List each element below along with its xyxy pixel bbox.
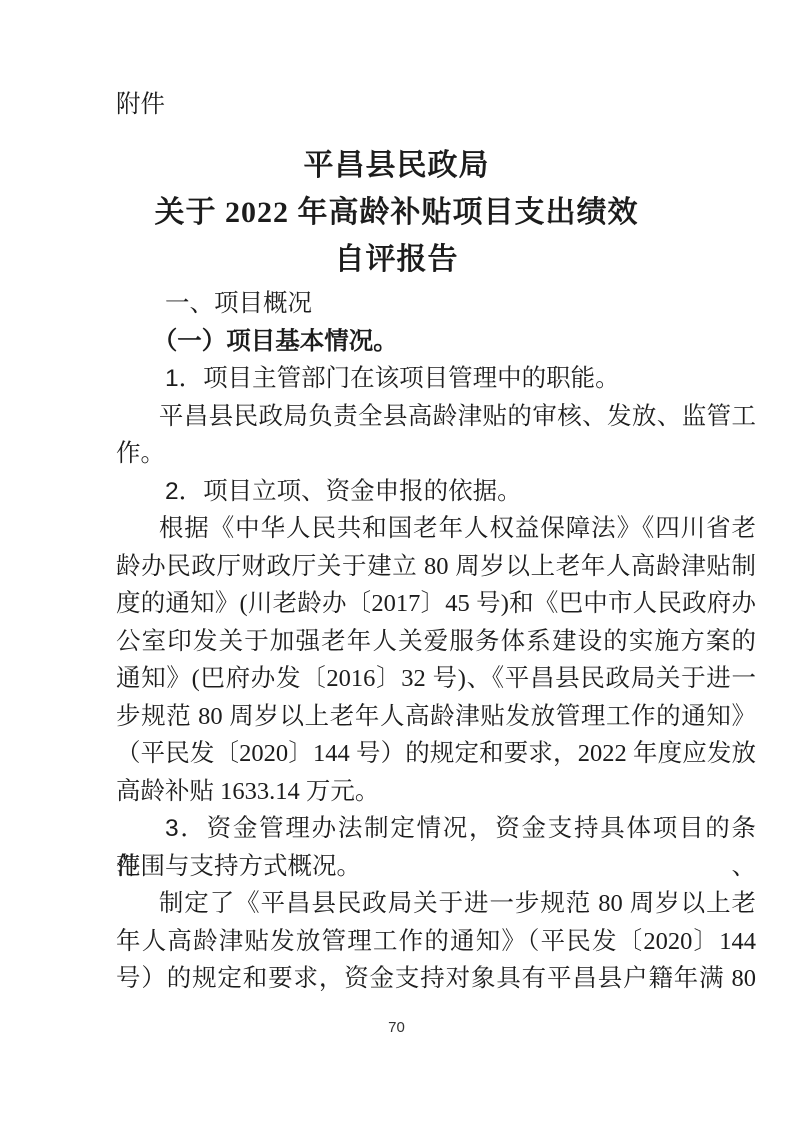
para-basis-line-5: 通知》(巴府办发〔2016〕32 号)、《平昌县民政局关于进一 — [116, 660, 756, 698]
para-basis-line-4: 公室印发关于加强老年人关爱服务体系建设的实施方案的 — [116, 623, 756, 661]
para-basis-line-2: 龄办民政厅财政厅关于建立 80 周岁以上老年人高龄津贴制 — [116, 548, 756, 586]
para-measures-line-2: 年人高龄津贴发放管理工作的通知》（平民发〔2020〕144 — [116, 923, 756, 961]
heading-section-1: 一、项目概况 — [116, 285, 756, 323]
page-number: 70 — [0, 1018, 793, 1038]
heading-item-3-line-1: 3．资金管理办法制定情况，资金支持具体项目的条件、 — [116, 810, 756, 848]
para-duties-line-2: 作。 — [116, 435, 756, 473]
title-line-2: 关于 2022 年高龄补贴项目支出绩效 — [0, 189, 793, 236]
heading-subsection-1-1: （一）项目基本情况。 — [116, 323, 756, 361]
para-basis-line-3: 度的通知》(川老龄办〔2017〕45 号)和《巴中市人民政府办 — [116, 585, 756, 623]
para-basis-line-8: 高龄补贴 1633.14 万元。 — [116, 773, 756, 811]
para-measures-line-3: 号）的规定和要求，资金支持对象具有平昌县户籍年满 80 — [116, 960, 756, 998]
para-duties-line-1: 平昌县民政局负责全县高龄津贴的审核、发放、监管工 — [116, 398, 756, 436]
document-page: 附件 平昌县民政局 关于 2022 年高龄补贴项目支出绩效 自评报告 一、项目概… — [0, 0, 793, 1122]
para-basis-line-1: 根据《中华人民共和国老年人权益保障法》《四川省老 — [116, 510, 756, 548]
heading-item-1: 1．项目主管部门在该项目管理中的职能。 — [116, 360, 756, 398]
document-title: 平昌县民政局 关于 2022 年高龄补贴项目支出绩效 自评报告 — [0, 142, 793, 283]
para-basis-line-7: （平民发〔2020〕144 号）的规定和要求，2022 年度应发放 — [116, 735, 756, 773]
title-line-1: 平昌县民政局 — [0, 142, 793, 189]
attachment-label: 附件 — [116, 90, 165, 120]
title-line-3: 自评报告 — [0, 236, 793, 283]
document-body: 一、项目概况 （一）项目基本情况。 1．项目主管部门在该项目管理中的职能。 平昌… — [116, 285, 756, 998]
heading-item-2: 2．项目立项、资金申报的依据。 — [116, 473, 756, 511]
para-measures-line-1: 制定了《平昌县民政局关于进一步规范 80 周岁以上老 — [116, 885, 756, 923]
para-basis-line-6: 步规范 80 周岁以上老年人高龄津贴发放管理工作的通知》 — [116, 698, 756, 736]
